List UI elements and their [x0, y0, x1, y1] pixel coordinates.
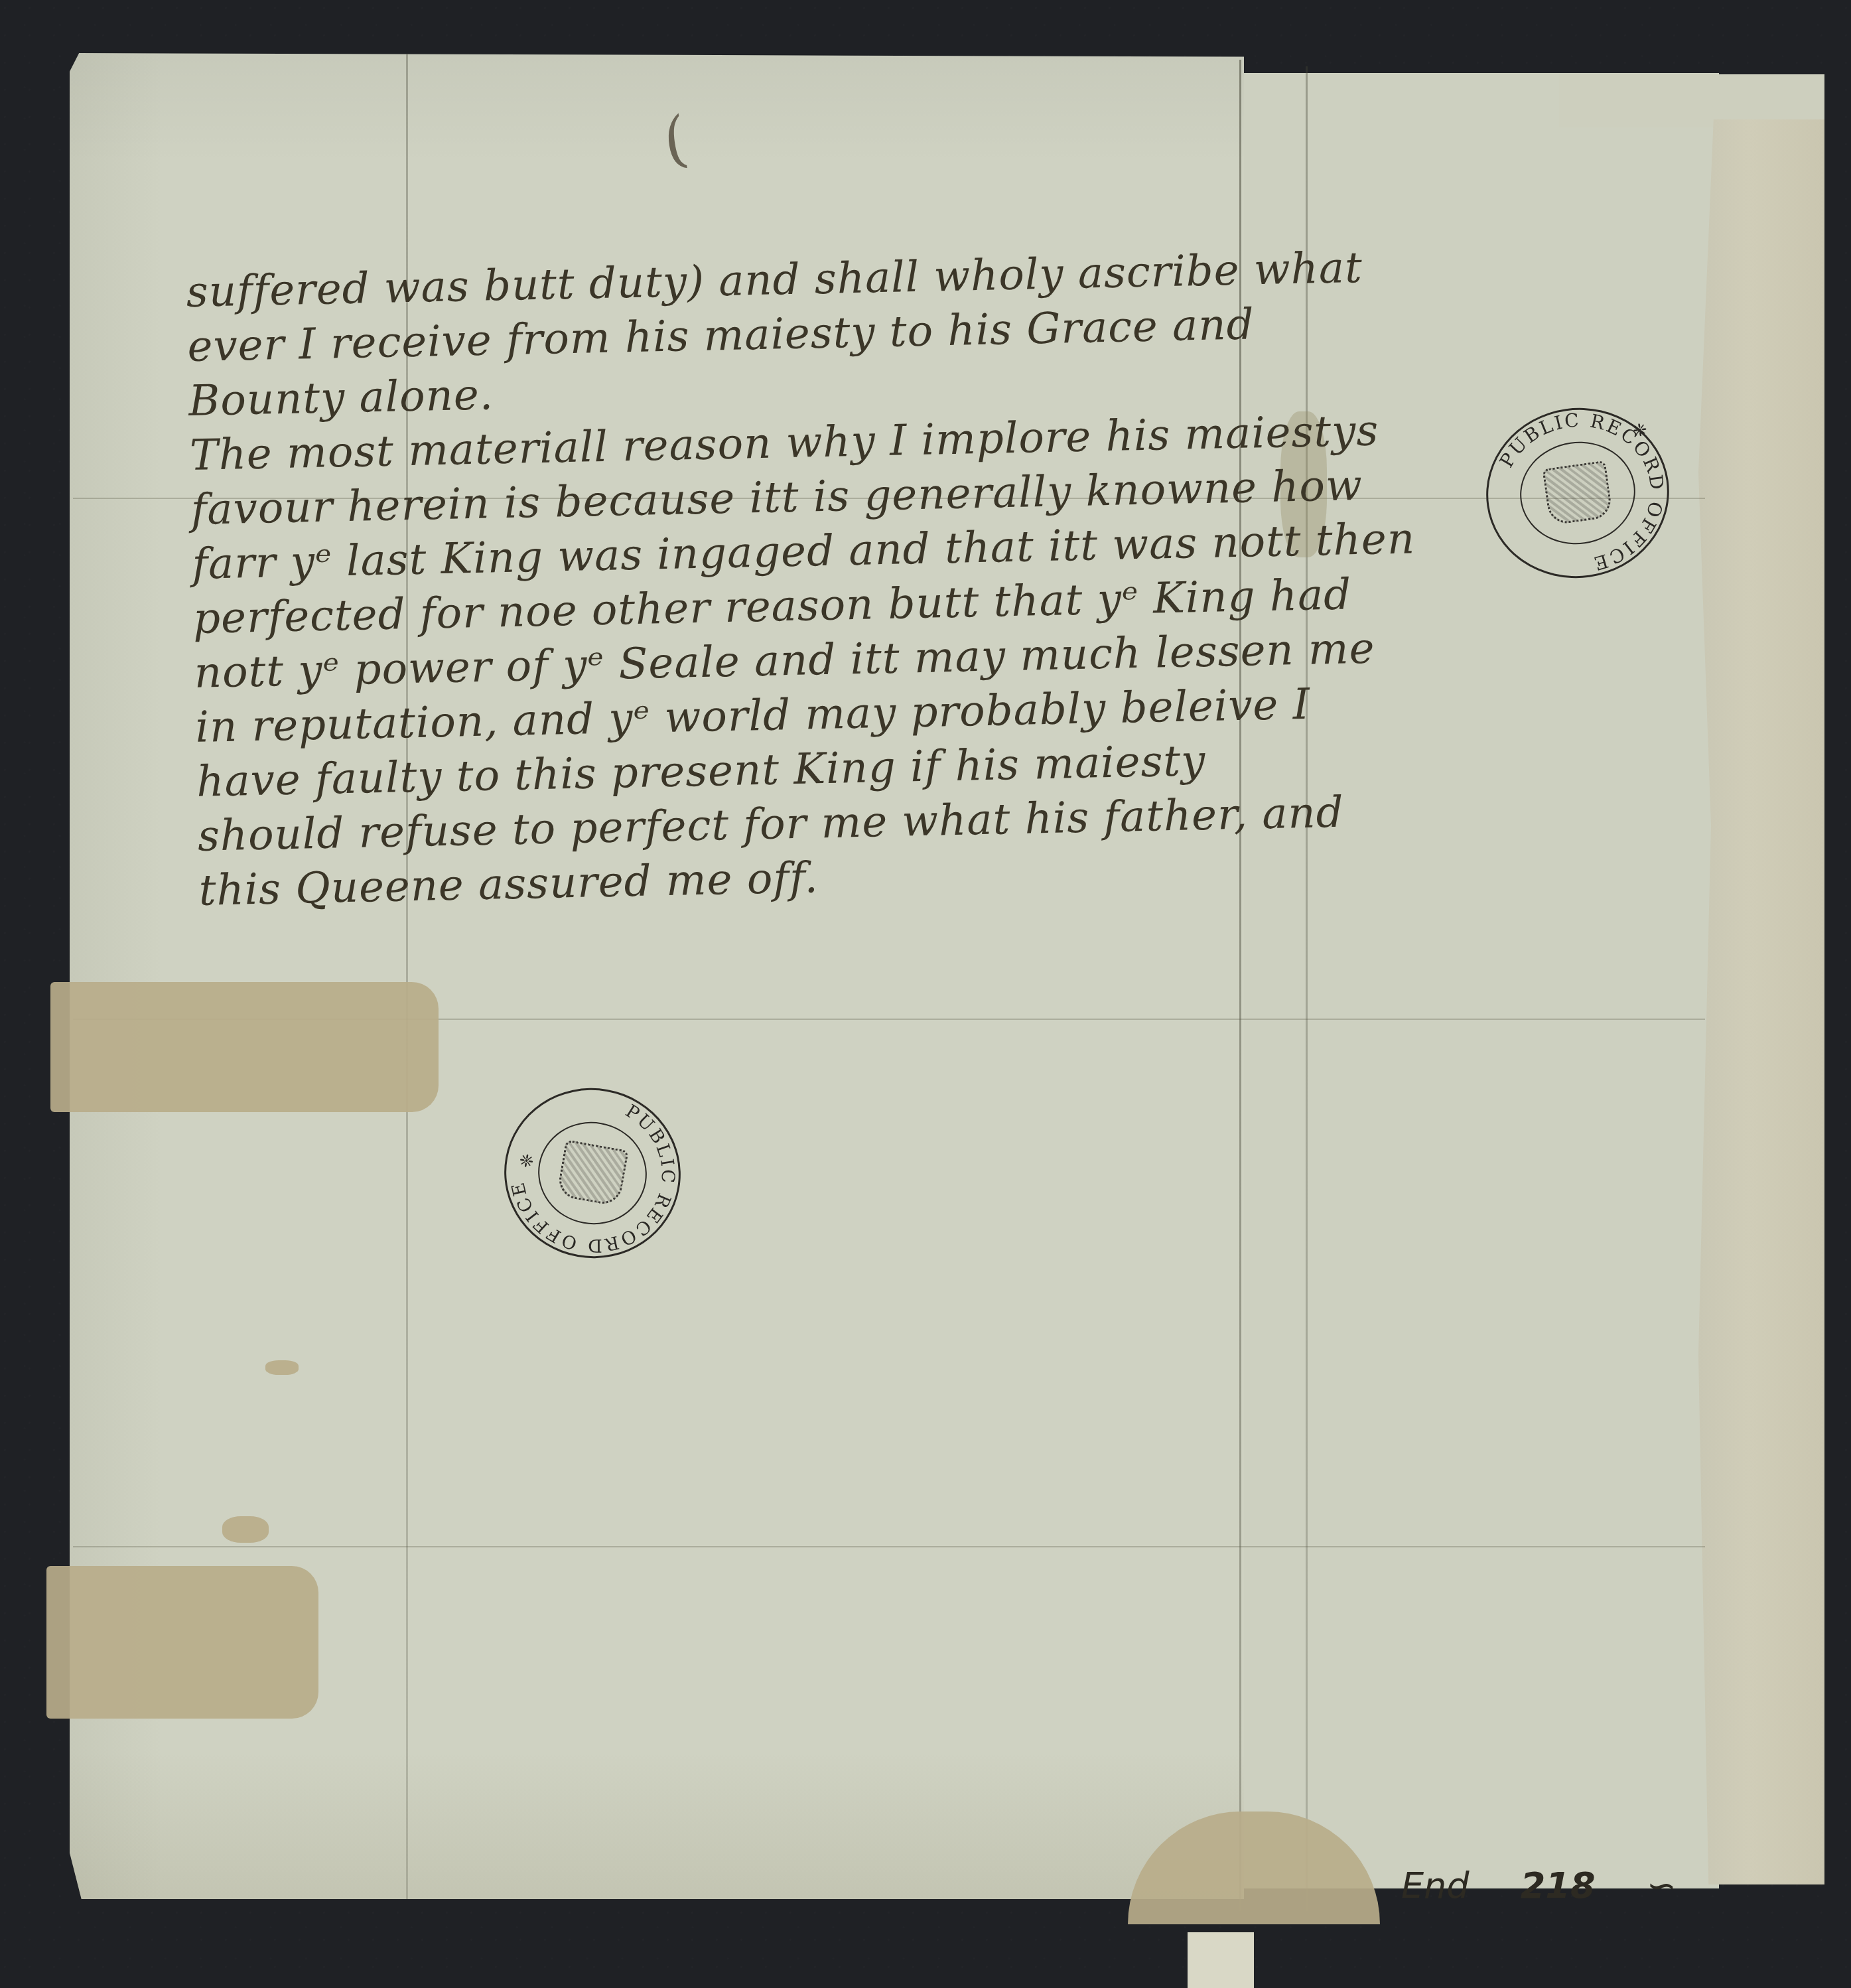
letter-body: suffered was butt duty) and shall wholy … [186, 244, 1247, 918]
archival-mark: ∽ [1647, 1865, 1677, 1906]
public-record-office-stamp-right: PUBLIC RECORD OFFICE ❈ [1475, 396, 1680, 590]
end-label: End [1401, 1865, 1470, 1906]
right-flap-edge-strip [1698, 119, 1824, 1884]
ornament-icon: ❈ [1631, 420, 1649, 442]
repair-patch-2 [222, 1516, 269, 1543]
crown-crest-icon [1542, 461, 1613, 526]
repair-patch-1 [265, 1360, 299, 1375]
repair-tape-upper [50, 982, 439, 1112]
folio-number: 218 [1521, 1865, 1596, 1906]
fold-line-flap [1306, 66, 1308, 1911]
public-record-office-stamp-center: PUBLIC RECORD OFFICE ❈ [491, 1074, 694, 1272]
right-flap [1244, 73, 1719, 1888]
paper-tab [1188, 1932, 1254, 1988]
archival-folio-note: End 218 ∽ [1401, 1865, 1716, 1906]
repair-tape-lower [46, 1566, 318, 1719]
fold-line-horizontal-3 [73, 1546, 1705, 1547]
